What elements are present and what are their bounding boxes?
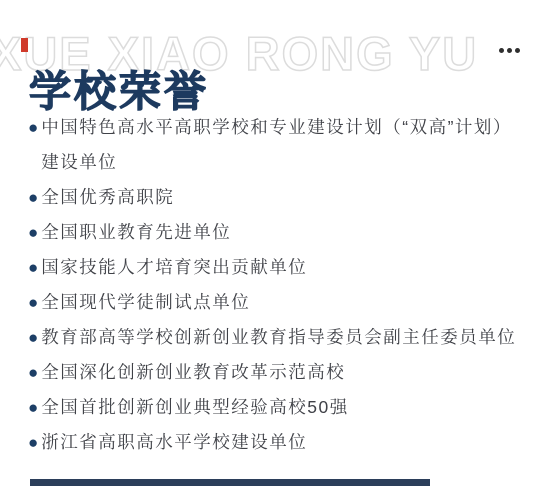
honor-item: ●全国深化创新创业教育改革示范高校 xyxy=(28,355,540,390)
red-accent-bar xyxy=(21,38,28,52)
bullet-icon: ● xyxy=(28,250,38,285)
bullet-icon: ● xyxy=(28,285,38,320)
honor-item: ●全国职业教育先进单位 xyxy=(28,215,540,250)
honors-list: ●中国特色高水平高职学校和专业建设计划（“双高”计划） 建设单位●全国优秀高职院… xyxy=(28,110,540,460)
honor-text: 国家技能人才培育突出贡献单位 xyxy=(41,250,536,285)
school-honors-page: XUE XIAO RONG YU 学校荣誉 ●中国特色高水平高职学校和专业建设计… xyxy=(0,0,554,486)
dot-icon xyxy=(499,48,504,53)
bullet-icon: ● xyxy=(28,355,38,390)
honor-item: ●国家技能人才培育突出贡献单位 xyxy=(28,250,540,285)
dot-icon xyxy=(515,48,520,53)
honor-text: 全国深化创新创业教育改革示范高校 xyxy=(41,355,536,390)
honor-text: 全国现代学徒制试点单位 xyxy=(41,285,536,320)
more-options-icon[interactable] xyxy=(499,48,520,53)
bottom-divider-bar xyxy=(30,479,430,486)
honor-text: 全国首批创新创业典型经验高校50强 xyxy=(41,390,536,425)
honor-text: 全国优秀高职院 xyxy=(41,180,536,215)
bullet-icon: ● xyxy=(28,180,38,215)
honor-item: ●浙江省高职高水平学校建设单位 xyxy=(28,425,540,460)
honor-item: ●全国优秀高职院 xyxy=(28,180,540,215)
honor-text: 全国职业教育先进单位 xyxy=(41,215,536,250)
honor-item: ●中国特色高水平高职学校和专业建设计划（“双高”计划） 建设单位 xyxy=(28,110,540,180)
honor-text: 浙江省高职高水平学校建设单位 xyxy=(41,425,536,460)
bullet-icon: ● xyxy=(28,320,38,355)
bullet-icon: ● xyxy=(28,215,38,250)
dot-icon xyxy=(507,48,512,53)
honor-item: ●全国首批创新创业典型经验高校50强 xyxy=(28,390,540,425)
honor-item: ●全国现代学徒制试点单位 xyxy=(28,285,540,320)
honor-text: 中国特色高水平高职学校和专业建设计划（“双高”计划） 建设单位 xyxy=(41,110,536,180)
bullet-icon: ● xyxy=(28,390,38,425)
honor-item: ●教育部高等学校创新创业教育指导委员会副主任委员单位 xyxy=(28,320,540,355)
honor-text: 教育部高等学校创新创业教育指导委员会副主任委员单位 xyxy=(41,320,536,355)
bullet-icon: ● xyxy=(28,110,38,145)
bullet-icon: ● xyxy=(28,425,38,460)
